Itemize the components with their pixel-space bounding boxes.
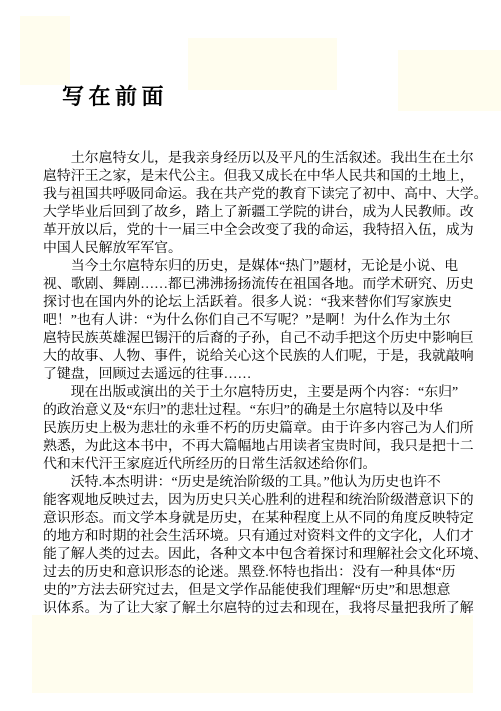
scan-tint-patch-top-right <box>398 50 501 111</box>
paragraph-3: 现在出版或演出的关于土尔扈特历史，主要是两个内容：“东归” 的政治意义及“东归”… <box>43 384 479 474</box>
scan-tint-patch-top-left <box>20 16 70 85</box>
scanned-book-page: 写在前面 土尔扈特女儿，是我亲身经历以及平凡的生活叙述。我出生在土尔 扈特汗王之… <box>0 0 501 711</box>
scan-tint-patch-top-middle <box>188 38 337 90</box>
paragraph-1: 土尔扈特女儿，是我亲身经历以及平凡的生活叙述。我出生在土尔 扈特汗王之家，是末代… <box>43 150 479 258</box>
paragraph-4: 沃特.本杰明讲：“历史是统治阶级的工具。”他认为历史也许不 能客观地反映过去，因… <box>43 474 479 618</box>
scan-tint-patch-bottom <box>32 615 473 693</box>
body-text: 土尔扈特女儿，是我亲身经历以及平凡的生活叙述。我出生在土尔 扈特汗王之家，是末代… <box>43 150 479 618</box>
paragraph-2: 当今土尔扈特东归的历史，是媒体“热门”题材，无论是小说、电 视、歌剧、舞剧……都… <box>43 258 479 384</box>
page-title: 写在前面 <box>62 84 168 110</box>
